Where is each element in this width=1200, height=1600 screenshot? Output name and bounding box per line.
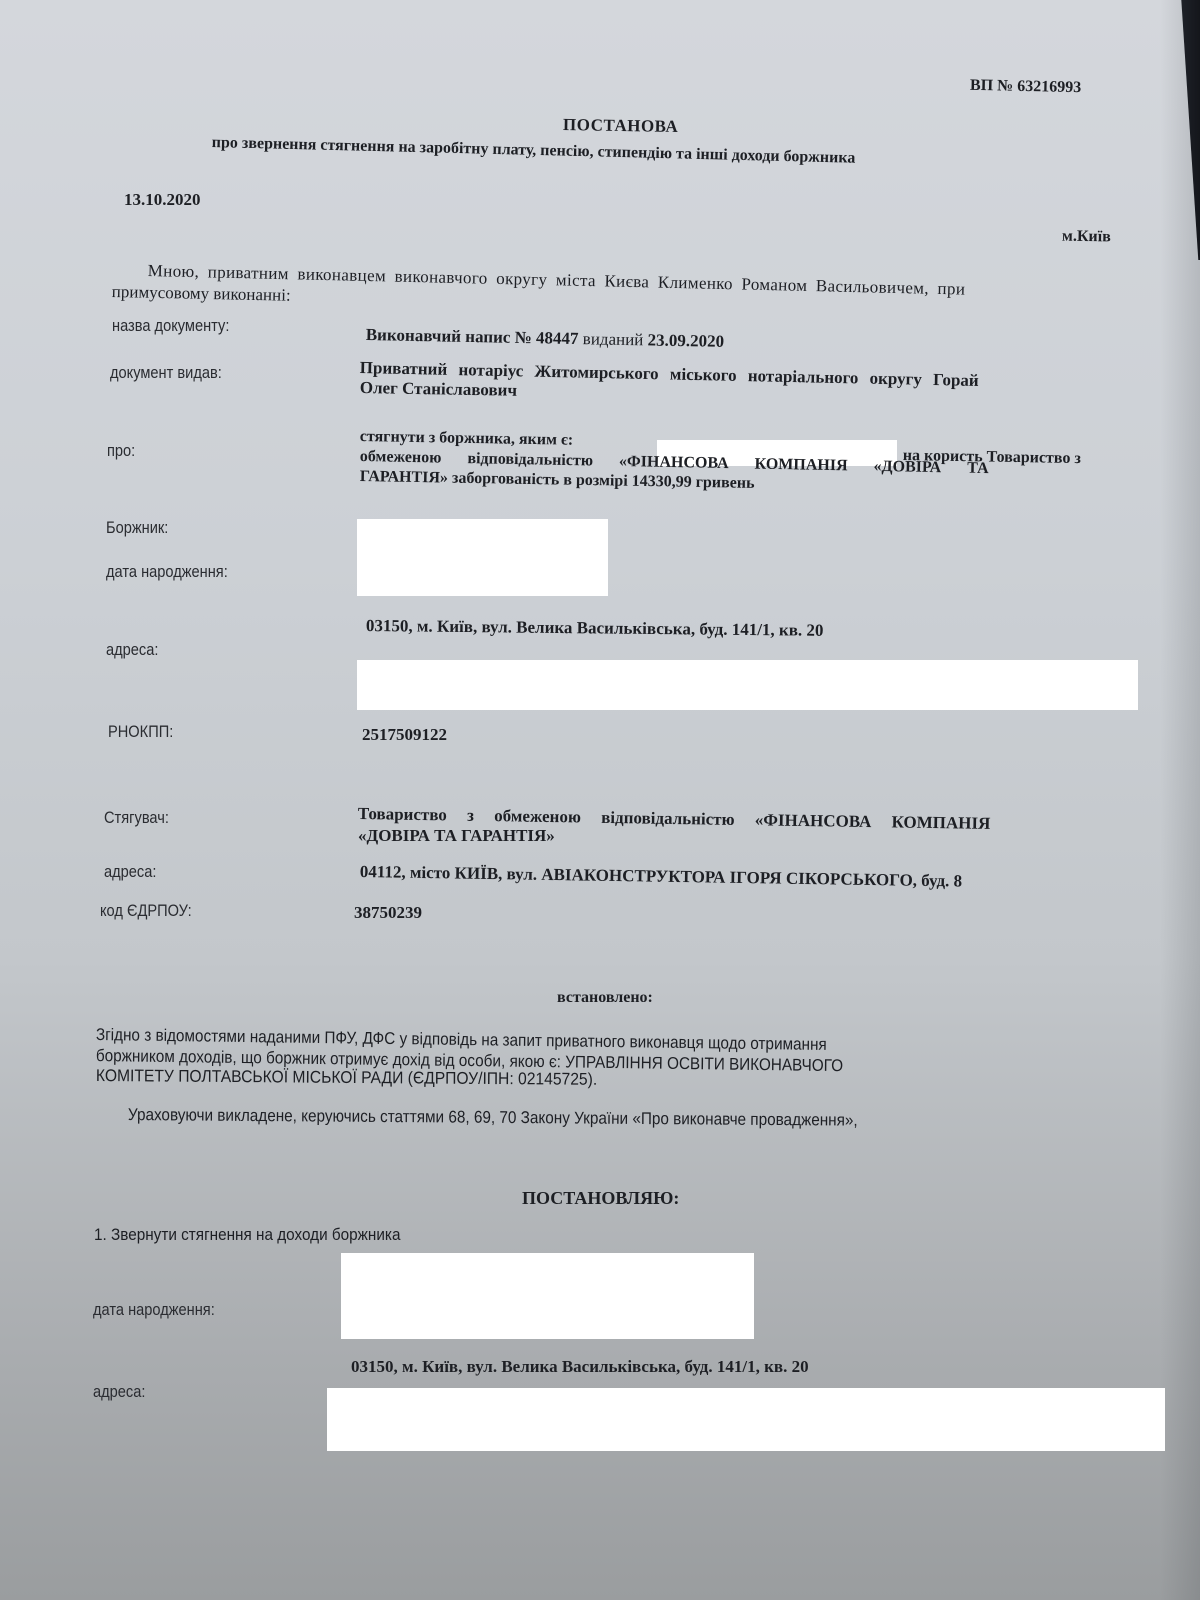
field-value-doc-name: Виконавчий напис № 48447 виданий 23.09.2… [366, 325, 725, 352]
field-label-rnokpp: РНОКПП: [108, 722, 173, 742]
field-label-debtor: Боржник: [106, 518, 168, 538]
redacted-debtor-address-3 [327, 1388, 1165, 1451]
field-label-doc-name: назва документу: [112, 316, 229, 336]
doc-name-issued: виданий [583, 329, 644, 349]
document-title: ПОСТАНОВА [563, 115, 679, 137]
considering-paragraph: Ураховуючи викладене, керуючись статтями… [128, 1105, 858, 1131]
resolve-heading: ПОСТАНОВЛЯЮ: [522, 1188, 679, 1209]
field-label-about: про: [107, 441, 135, 461]
resolve-label-birth-date: дата народження: [93, 1300, 215, 1320]
field-label-birth-date: дата народження: [106, 562, 228, 582]
redacted-debtor-info [357, 519, 608, 596]
doc-name-number: Виконавчий напис № 48447 [366, 325, 579, 348]
field-label-creditor: Стягувач: [104, 808, 169, 828]
field-label-debtor-address: адреса: [106, 640, 158, 660]
field-label-issued-by: документ видав: [110, 363, 222, 383]
field-label-edrpou: код ЄДРПОУ: [100, 901, 192, 921]
field-value-about-line1-start: стягнути з боржника, яким є: [360, 428, 574, 450]
field-value-rnokpp: 2517509122 [362, 725, 447, 745]
intro-paragraph-line1: Мною, приватним виконавцем виконавчого о… [148, 261, 1123, 303]
redacted-debtor-info-2 [341, 1253, 754, 1339]
case-number: ВП № 63216993 [970, 77, 1082, 97]
resolve-value-address: 03150, м. Київ, вул. Велика Васильківськ… [351, 1357, 809, 1377]
field-value-edrpou: 38750239 [354, 903, 422, 923]
established-line3: КОМІТЕТУ ПОЛТАВСЬКОЇ МІСЬКОЇ РАДИ (ЄДРПО… [96, 1066, 597, 1090]
field-value-creditor-address: 04112, місто КИЇВ, вул. АВІАКОНСТРУКТОРА… [360, 862, 963, 891]
document-city: м.Київ [1062, 228, 1111, 247]
paper-edge-shadow [1160, 0, 1200, 1600]
field-value-creditor-line2: «ДОВІРА ТА ГАРАНТІЯ» [358, 826, 555, 846]
redacted-debtor-address-2 [357, 660, 1138, 710]
field-label-creditor-address: адреса: [104, 862, 156, 882]
resolve-label-address: адреса: [93, 1382, 145, 1402]
field-value-debtor-address: 03150, м. Київ, вул. Велика Васильківськ… [366, 616, 824, 641]
established-heading: встановлено: [557, 989, 653, 1007]
field-value-issued-by-line2: Олег Станіславович [360, 378, 518, 401]
document-subtitle: про звернення стягнення на заробітну пла… [212, 134, 856, 168]
document-date: 13.10.2020 [124, 190, 201, 210]
doc-name-date: 23.09.2020 [647, 330, 724, 350]
resolve-item-1: 1. Звернути стягнення на доходи боржника [94, 1225, 400, 1245]
intro-paragraph-line2: примусовому виконанні: [112, 282, 291, 306]
